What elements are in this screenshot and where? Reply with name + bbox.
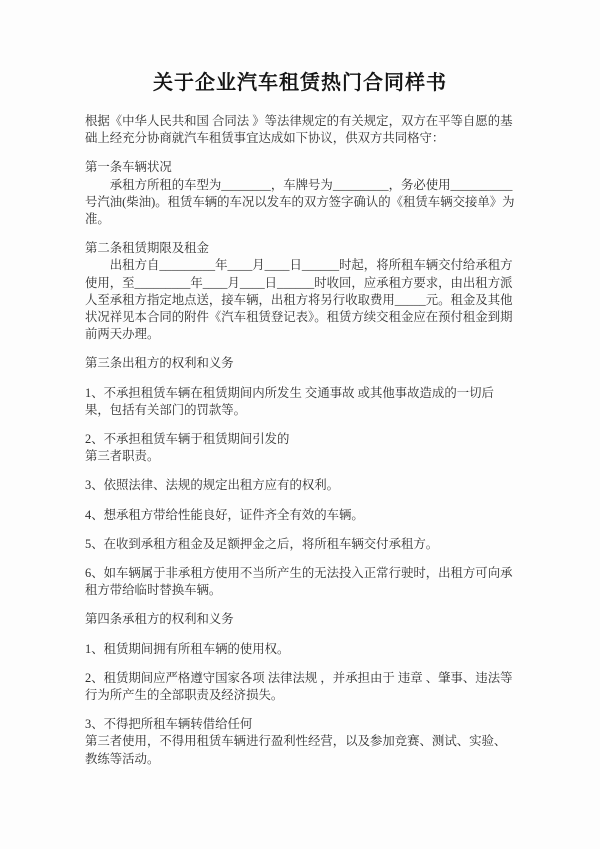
section-heading: 第四条承租方的权利和义务 [85,611,515,628]
section-heading: 第三条出租方的权利和义务 [85,355,515,372]
document-title: 关于企业汽车租赁热门合同样书 [85,70,515,96]
list-item: 1、租赁期间拥有所租车辆的使用权。 [85,641,515,658]
section-heading: 第一条车辆状况 [85,159,515,176]
section-heading: 第二条租赁期限及租金 [85,240,515,257]
list-item: 4、想承租方带给性能良好，证件齐全有效的车辆。 [85,507,515,524]
list-item: 1、不承担租赁车辆在租赁期间内所发生 交通事故 或其他事故造成的一切后果，包括有… [85,385,515,419]
list-item: 2、租赁期间应严格遵守国家各项 法律法规 ，并承担由于 违章 、肇事、违法等行为… [85,670,515,704]
section-lessee-rights: 第四条承租方的权利和义务 1、租赁期间拥有所租车辆的使用权。 2、租赁期间应严格… [85,611,515,767]
list-item: 6、如车辆属于非承租方使用不当所产生的无法投入正常行驶时，出租方可向承租方带给临… [85,565,515,599]
list-item: 3、依照法律、法规的规定出租方应有的权利。 [85,477,515,494]
list-item: 2、不承担租赁车辆于租赁期间引发的 第三者职责。 [85,431,515,465]
section-vehicle-condition: 第一条车辆状况 承租方所租的车型为________，车牌号为_________，… [85,159,515,228]
contract-document-page: 关于企业汽车租赁热门合同样书 根据《中华人民共和国 合同法 》等法律规定的有关规… [0,0,600,849]
intro-paragraph: 根据《中华人民共和国 合同法 》等法律规定的有关规定，双方在平等自愿的基础上经充… [85,113,515,147]
section-lessor-rights: 第三条出租方的权利和义务 1、不承担租赁车辆在租赁期间内所发生 交通事故 或其他… [85,355,515,599]
section-lease-term-rent: 第二条租赁期限及租金 出租方自_________年____月____日_____… [85,240,515,343]
list-item: 3、不得把所租车辆转借给任何 第三者使用，不得用租赁车辆进行盈利性经营，以及参加… [85,716,515,768]
paragraph: 出租方自_________年____月____日______时起，将所租车辆交付… [85,257,515,343]
paragraph: 承租方所租的车型为________，车牌号为_________，务必使用____… [85,177,515,229]
list-item: 5、在收到承租方租金及足额押金之后，将所租车辆交付承租方。 [85,536,515,553]
